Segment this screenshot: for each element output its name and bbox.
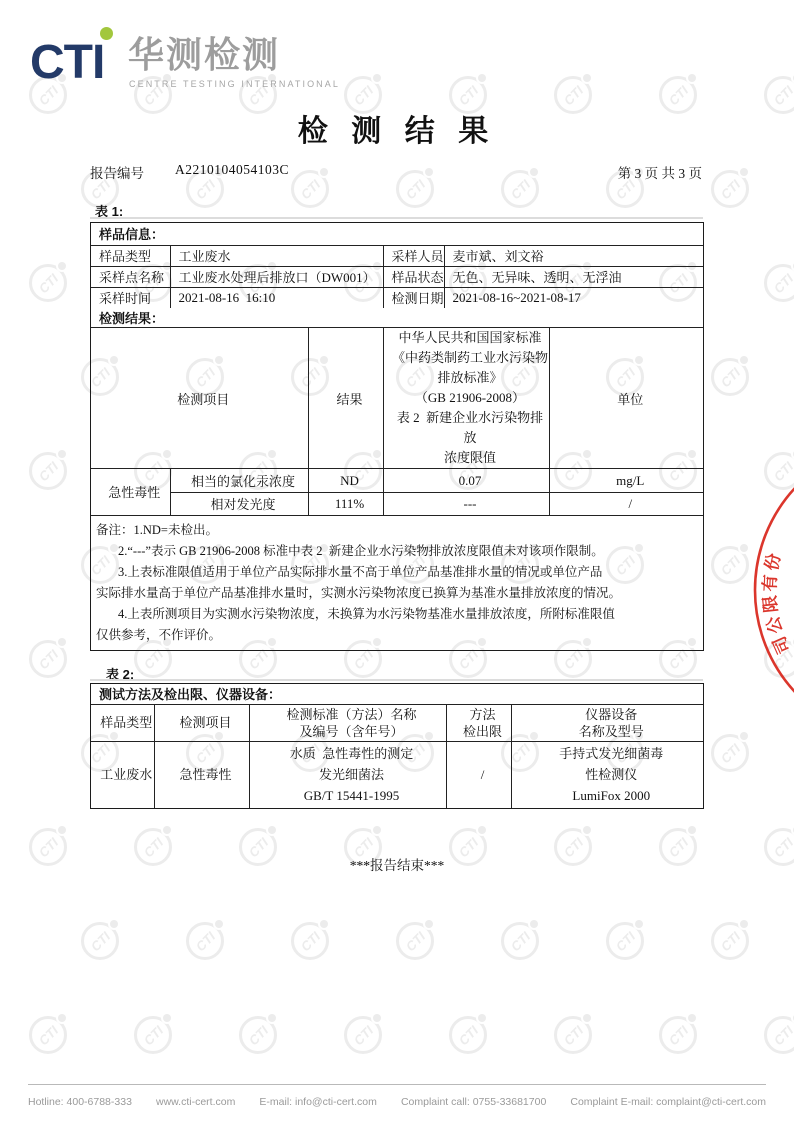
scan-shadow-line-1 xyxy=(90,217,703,219)
results-table: 检测结果： 检测项目 结果 中华人民共和国国家标准 《中药类制药工业水污染物 排… xyxy=(91,308,703,515)
result-value-2: 111% xyxy=(308,493,383,515)
result-value-1: ND xyxy=(308,469,383,493)
scan-shadow-line-2 xyxy=(90,679,703,681)
method-detection-limit: / xyxy=(446,741,511,808)
seal-svg: 份有限公司 xyxy=(741,478,794,706)
footer-complaint-email: Complaint E-mail: complaint@cti-cert.com xyxy=(570,1096,766,1108)
seal-character: 有 xyxy=(759,574,780,592)
sample-info-header: 样品信息： xyxy=(91,223,703,245)
results-col-item: 检测项目 xyxy=(91,328,308,469)
sampling-time-label: 采样时间 xyxy=(91,287,170,308)
sampler-label: 采样人员 xyxy=(383,245,444,266)
seal-character: 份 xyxy=(761,552,784,573)
sampling-point-value: 工业废水处理后排放口（DW001） xyxy=(170,266,383,287)
notes-block: 备注：1.ND=未检出。 2.“---”表示 GB 21906-2008 标准中… xyxy=(91,515,703,650)
table1: 样品信息： 样品类型 工业废水 采样人员 麦市斌、刘文裕 采样点名称 工业废水处… xyxy=(90,222,704,651)
method-test-item: 急性毒性 xyxy=(154,741,249,808)
logo-cti-text: CTI xyxy=(30,37,104,89)
methods-col-item: 检测项目 xyxy=(154,704,249,741)
sampler-value: 麦市斌、刘文裕 xyxy=(444,245,703,266)
note-line-2: 2.“---”表示 GB 21906-2008 标准中表 2 新建企业水污染物排… xyxy=(96,541,699,562)
result-unit-1: mg/L xyxy=(549,469,703,493)
report-end-text: ***报告结束*** xyxy=(90,854,704,874)
note-line-4: 实际排水量高于单位产品基准排水量时，实测水污染物浓度已换算为基准水量排放浓度的情… xyxy=(96,583,699,604)
result-limit-1: 0.07 xyxy=(383,469,549,493)
note-line-5: 4.上表所测项目为实测水污染物浓度，未换算为水污染物基准水量排放浓度，所附标准限… xyxy=(96,604,699,625)
result-group-acute-toxicity: 急性毒性 xyxy=(91,469,170,515)
result-item-2: 相对发光度 xyxy=(170,493,308,515)
method-instrument: 手持式发光细菌毒 性检测仪 LumiFox 2000 xyxy=(511,741,703,808)
report-number-label: 报告编号 xyxy=(90,162,144,182)
table2: 测试方法及检出限、仪器设备： 样品类型 检测项目 检测标准（方法）名称 及编号（… xyxy=(90,683,704,809)
result-limit-2: --- xyxy=(383,493,549,515)
footer-website: www.cti-cert.com xyxy=(156,1096,235,1108)
methods-table: 测试方法及检出限、仪器设备： 样品类型 检测项目 检测标准（方法）名称 及编号（… xyxy=(91,684,703,808)
seal-character: 司 xyxy=(770,633,794,656)
page-content: CTI 华测检测 CENTRE TESTING INTERNATIONAL 检 … xyxy=(0,0,794,1123)
note-line-1: 备注：1.ND=未检出。 xyxy=(96,520,699,541)
footer-divider xyxy=(28,1084,766,1085)
methods-col-sample: 样品类型 xyxy=(91,704,154,741)
sample-type-label: 样品类型 xyxy=(91,245,170,266)
methods-col-standard: 检测标准（方法）名称 及编号（含年号） xyxy=(249,704,446,741)
seal-character: 限 xyxy=(760,595,781,614)
note-line-3: 3.上表标准限值适用于单位产品实际排水量不高于单位产品基准排水量的情况或单位产品 xyxy=(96,562,699,583)
test-date-label: 检测日期 xyxy=(383,287,444,308)
result-item-1: 相当的氯化汞浓度 xyxy=(170,469,308,493)
method-sample-type: 工业废水 xyxy=(91,741,154,808)
report-page: CTICTICTICTICTICTICTICTICTICTICTICTICTIC… xyxy=(0,0,794,1123)
methods-section-header: 测试方法及检出限、仪器设备： xyxy=(91,684,703,704)
cti-logo: CTI 华测检测 CENTRE TESTING INTERNATIONAL xyxy=(30,25,310,95)
footer-email: E-mail: info@cti-cert.com xyxy=(259,1096,376,1108)
note-line-6: 仅供参考，不作评价。 xyxy=(96,625,699,646)
test-date-value: 2021-08-16~2021-08-17 xyxy=(444,287,703,308)
report-number-value: A2210104054103C xyxy=(175,162,289,178)
logo-chinese-name: 华测检测 xyxy=(128,33,280,77)
logo-english-name: CENTRE TESTING INTERNATIONAL xyxy=(129,79,340,89)
sampling-point-label: 采样点名称 xyxy=(91,266,170,287)
seal-character: 公 xyxy=(763,614,786,635)
footer: Hotline: 400-6788-333 www.cti-cert.com E… xyxy=(28,1096,766,1108)
logo-green-dot-icon xyxy=(100,27,113,40)
company-seal-stamp: 份有限公司 xyxy=(741,478,794,706)
result-unit-2: / xyxy=(549,493,703,515)
sample-state-value: 无色、无异味、透明、无浮油 xyxy=(444,266,703,287)
methods-col-instrument: 仪器设备 名称及型号 xyxy=(511,704,703,741)
methods-col-limit: 方法 检出限 xyxy=(446,704,511,741)
sample-state-label: 样品状态 xyxy=(383,266,444,287)
results-col-standard: 中华人民共和国国家标准 《中药类制药工业水污染物 排放标准》 （GB 21906… xyxy=(383,328,549,469)
footer-complaint-call: Complaint call: 0755-33681700 xyxy=(401,1096,546,1108)
results-section-header: 检测结果： xyxy=(91,308,703,328)
sample-info-table: 样品信息： 样品类型 工业废水 采样人员 麦市斌、刘文裕 采样点名称 工业废水处… xyxy=(91,223,703,308)
footer-hotline: Hotline: 400-6788-333 xyxy=(28,1096,132,1108)
results-col-unit: 单位 xyxy=(549,328,703,469)
results-col-result: 结果 xyxy=(308,328,383,469)
sample-type-value: 工业废水 xyxy=(170,245,383,266)
page-title: 检 测 结 果 xyxy=(90,106,704,150)
method-standard: 水质 急性毒性的测定 发光细菌法 GB/T 15441-1995 xyxy=(249,741,446,808)
page-indicator: 第 3 页 共 3 页 xyxy=(618,162,702,182)
sampling-time-value: 2021-08-16 16:10 xyxy=(170,287,383,308)
